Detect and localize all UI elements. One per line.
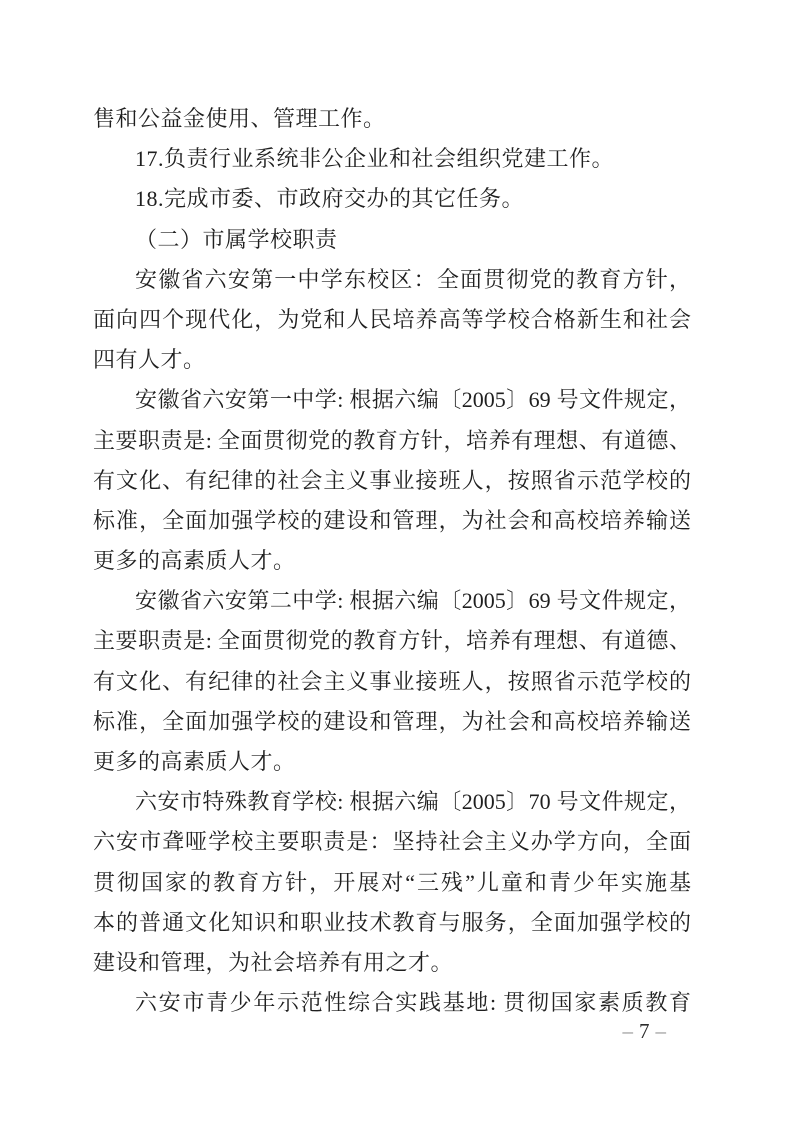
document-body: 售和公益金使用、管理工作。 17.负责行业系统非公企业和社会组织党建工作。 18… <box>93 99 691 1023</box>
document-page: 售和公益金使用、管理工作。 17.负责行业系统非公企业和社会组织党建工作。 18… <box>0 0 793 1122</box>
text-line: 主要职责是: 全面贯彻党的教育方针，培养有理想、有道德、 <box>93 421 691 461</box>
text-line: 标准，全面加强学校的建设和管理，为社会和高校培养输送 <box>93 501 691 541</box>
page-number-dash-right: – <box>650 1019 673 1043</box>
text-line: 贯彻国家的教育方针，开展对“三残”儿童和青少年实施基 <box>93 863 691 903</box>
text-line: 有文化、有纪律的社会主义事业接班人，按照省示范学校的 <box>93 662 691 702</box>
text-line: 主要职责是: 全面贯彻党的教育方针，培养有理想、有道德、 <box>93 621 691 661</box>
text-line: 安徽省六安第一中学: 根据六编〔2005〕69 号文件规定， <box>93 380 691 420</box>
text-line: 安徽省六安第二中学: 根据六编〔2005〕69 号文件规定， <box>93 581 691 621</box>
text-line: 更多的高素质人才。 <box>93 541 691 581</box>
section-heading: （二）市属学校职责 <box>93 220 691 260</box>
text-line: 六安市特殊教育学校: 根据六编〔2005〕70 号文件规定， <box>93 782 691 822</box>
text-line: 售和公益金使用、管理工作。 <box>93 99 691 139</box>
text-line: 四有人才。 <box>93 340 691 380</box>
text-line: 本的普通文化知识和职业技术教育与服务，全面加强学校的 <box>93 903 691 943</box>
text-line: 17.负责行业系统非公企业和社会组织党建工作。 <box>93 139 691 179</box>
text-line: 有文化、有纪律的社会主义事业接班人，按照省示范学校的 <box>93 461 691 501</box>
text-line: 标准，全面加强学校的建设和管理，为社会和高校培养输送 <box>93 702 691 742</box>
text-line: 更多的高素质人才。 <box>93 742 691 782</box>
page-number: –7– <box>617 1019 673 1043</box>
page-number-dash-left: – <box>617 1019 640 1043</box>
text-line: 建设和管理，为社会培养有用之才。 <box>93 943 691 983</box>
page-number-value: 7 <box>639 1019 650 1043</box>
text-line: 六安市聋哑学校主要职责是：坚持社会主义办学方向，全面 <box>93 822 691 862</box>
text-line: 六安市青少年示范性综合实践基地: 贯彻国家素质教育 <box>93 983 691 1023</box>
text-line: 面向四个现代化，为党和人民培养高等学校合格新生和社会 <box>93 300 691 340</box>
text-line: 安徽省六安第一中学东校区：全面贯彻党的教育方针， <box>93 260 691 300</box>
text-line: 18.完成市委、市政府交办的其它任务。 <box>93 179 691 219</box>
